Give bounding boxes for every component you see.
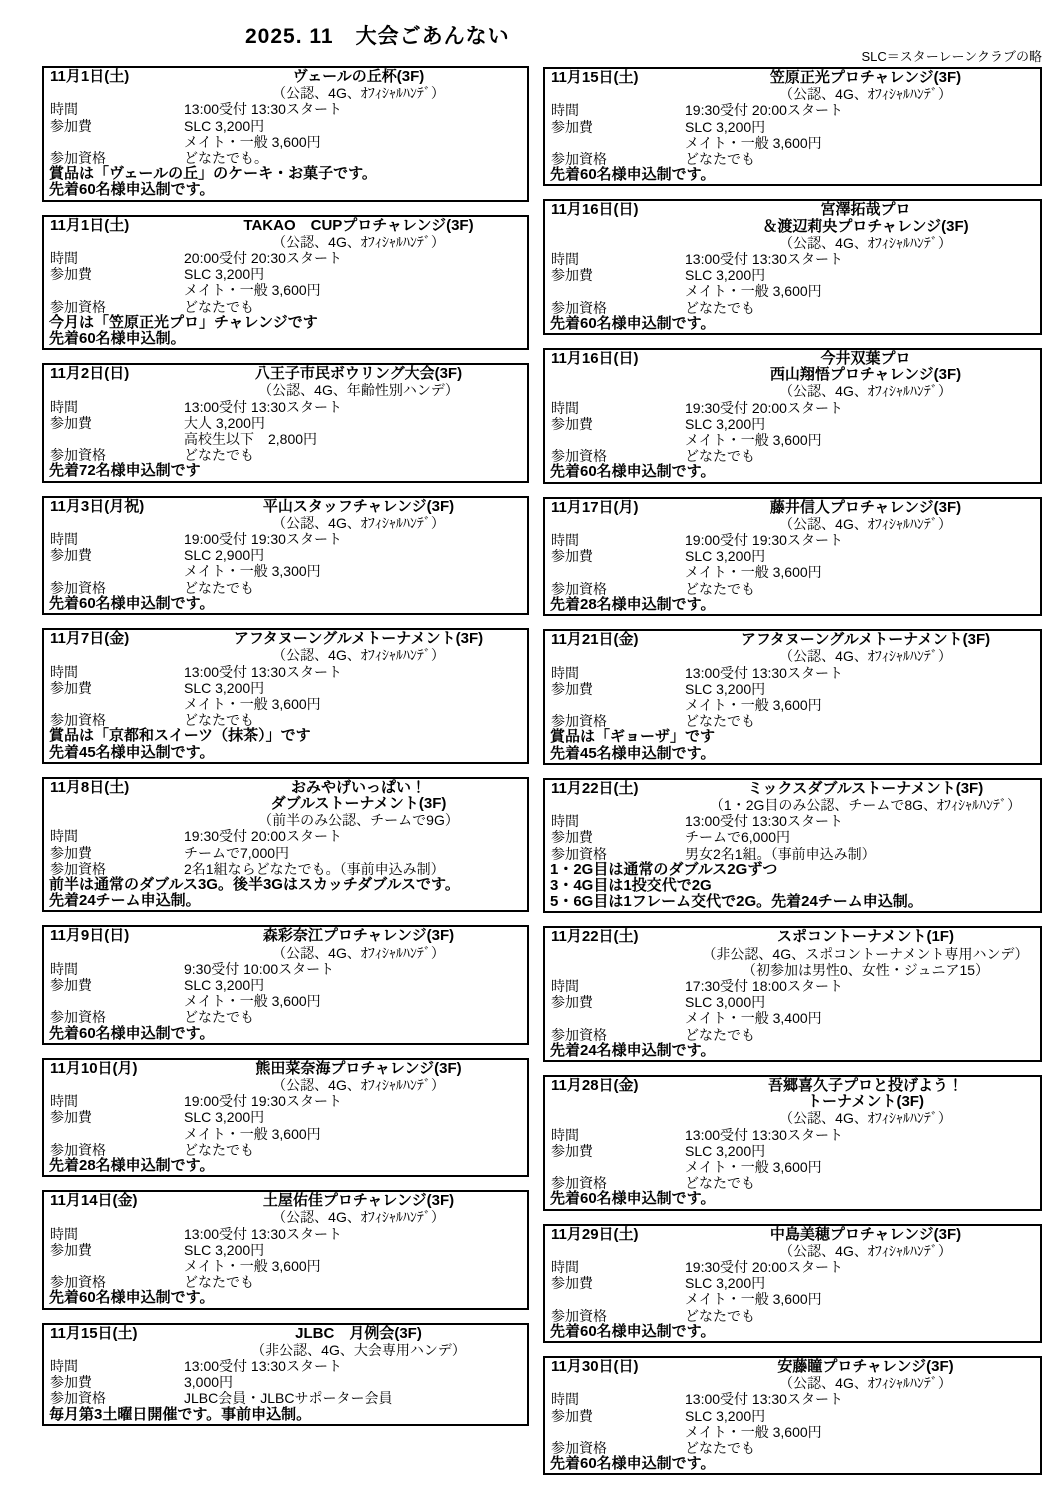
- event-header-row: 11月9日(日) 森彩奈江プロチャレンジ(3F): [44, 928, 527, 944]
- detail-label: 時間: [545, 1127, 685, 1143]
- detail-row: 参加資格どなたでも: [44, 1142, 527, 1158]
- detail-value: どなたでも: [184, 580, 527, 596]
- event-title-line: 笠原正光プロチャレンジ(3F): [691, 70, 1040, 86]
- detail-label: 時間: [44, 1358, 184, 1374]
- event-title: おみやげいっぱい！ダブルストーナメント(3F): [190, 780, 527, 812]
- detail-label: 参加費: [545, 1408, 685, 1424]
- detail-value: SLC 2,900円: [184, 547, 527, 563]
- event-note: 先着60名様申込制です。: [44, 1026, 527, 1042]
- detail-label: 時間: [545, 532, 685, 548]
- detail-value: 13:00受付 13:30スタート: [685, 813, 1040, 829]
- event-details: 時間19:30受付 20:00スタート参加費SLC 3,200円メイト・一般 3…: [545, 400, 1040, 465]
- detail-row: 参加資格どなたでも: [545, 1308, 1040, 1324]
- event-date: 11月7日(金): [44, 631, 190, 647]
- event-conditions: （公認、4G、ｵﾌｨｼｬﾙﾊﾝﾃﾞ）: [691, 383, 1040, 399]
- detail-label: 時間: [44, 531, 184, 547]
- event-header-row: 11月10日(月) 熊田菜奈海プロチャレンジ(3F): [44, 1061, 527, 1077]
- detail-label: [545, 283, 685, 299]
- event-conditions: （公認、4G、ｵﾌｨｼｬﾙﾊﾝﾃﾞ）: [691, 516, 1040, 532]
- event-condition-line: （前半のみ公認、チームで9G）: [190, 812, 527, 828]
- detail-value: JLBC会員・JLBCサポーター会員: [184, 1390, 527, 1406]
- event-title: 熊田菜奈海プロチャレンジ(3F): [190, 1061, 527, 1077]
- event-title: スポコントーナメント(1F): [691, 929, 1040, 945]
- event-note: 先着72名様申込制です: [44, 463, 527, 479]
- event-condition-line: （公認、4G、年齢性別ハンデ）: [190, 382, 527, 398]
- event-condition-line: （公認、4G、ｵﾌｨｼｬﾙﾊﾝﾃﾞ）: [190, 1209, 527, 1225]
- event-note: 先着60名様申込制です。: [545, 1456, 1040, 1472]
- detail-label: 参加資格: [44, 1142, 184, 1158]
- event-conditions: （公認、4G、ｵﾌｨｼｬﾙﾊﾝﾃﾞ）: [190, 647, 527, 663]
- event-title-line: 今井双葉プロ: [691, 351, 1040, 367]
- detail-label: [545, 432, 685, 448]
- event-notes: 先着60名様申込制です。: [44, 1290, 527, 1306]
- event-date: 11月16日(日): [545, 351, 691, 367]
- event-header-row: 11月3日(月祝) 平山スタッフチャレンジ(3F): [44, 499, 527, 515]
- event-title: アフタヌーングルメトーナメント(3F): [691, 632, 1040, 648]
- event-note: 先着60名様申込制。: [44, 331, 527, 347]
- event-note: 賞品は「京都和スイーツ（抹茶）」です: [44, 728, 527, 744]
- detail-label: 参加費: [44, 845, 184, 861]
- event-details: 時間19:00受付 19:30スタート参加費SLC 3,200円メイト・一般 3…: [545, 532, 1040, 597]
- event-conditions: （公認、4G、ｵﾌｨｼｬﾙﾊﾝﾃﾞ）: [691, 1110, 1040, 1126]
- detail-row: 参加費SLC 3,200円: [545, 267, 1040, 283]
- detail-row: 時間13:00受付 13:30スタート: [44, 664, 527, 680]
- detail-row: 時間13:00受付 13:30スタート: [44, 1226, 527, 1242]
- detail-value: 19:30受付 20:00スタート: [685, 102, 1040, 118]
- event-notes: 先着60名様申込制です。: [44, 1026, 527, 1042]
- event-date: 11月28日(金): [545, 1078, 691, 1094]
- event-note: 賞品は「ヴェールの丘」のケーキ・お菓子です。: [44, 166, 527, 182]
- detail-value: どなたでも: [184, 1274, 527, 1290]
- event-date: 11月2日(日): [44, 366, 190, 382]
- event-details: 時間19:30受付 20:00スタート参加費SLC 3,200円メイト・一般 3…: [545, 102, 1040, 167]
- event-date: 11月9日(日): [44, 928, 190, 944]
- detail-label: 時間: [545, 1391, 685, 1407]
- event-notes: 先着28名様申込制です。: [44, 1158, 527, 1174]
- detail-value: 19:00受付 19:30スタート: [184, 531, 527, 547]
- event-note: 賞品は「ギョーザ」です: [545, 729, 1040, 745]
- detail-label: 時間: [44, 828, 184, 844]
- event-conditions: （公認、4G、ｵﾌｨｼｬﾙﾊﾝﾃﾞ）: [691, 235, 1040, 251]
- detail-label: 参加費: [545, 119, 685, 135]
- event-note: 先着24チーム申込制。: [44, 893, 527, 909]
- detail-row: 参加費SLC 3,200円: [545, 1275, 1040, 1291]
- detail-row: 時間13:00受付 13:30スタート: [44, 101, 527, 117]
- event-details: 時間13:00受付 13:30スタート参加費大人 3,200円高校生以下 2,8…: [44, 399, 527, 464]
- detail-label: 参加費: [44, 680, 184, 696]
- detail-label: [545, 564, 685, 580]
- detail-row: 参加費SLC 3,200円: [44, 680, 527, 696]
- event-note: 先着60名様申込制です。: [44, 182, 527, 198]
- event-title-line: JLBC 月例会(3F): [190, 1326, 527, 1342]
- event-note: 先着28名様申込制です。: [44, 1158, 527, 1174]
- detail-value: メイト・一般 3,600円: [685, 564, 1040, 580]
- detail-row: 参加資格どなたでも。: [44, 150, 527, 166]
- detail-label: [44, 563, 184, 579]
- detail-value: どなたでも: [685, 1175, 1040, 1191]
- event-header-row: 11月14日(金) 土屋佑佳プロチャレンジ(3F): [44, 1193, 527, 1209]
- event-date: 11月22日(土): [545, 781, 691, 797]
- detail-value: どなたでも: [184, 1142, 527, 1158]
- detail-label: [44, 993, 184, 1009]
- detail-value: メイト・一般 3,600円: [685, 1291, 1040, 1307]
- detail-value: メイト・一般 3,600円: [685, 1159, 1040, 1175]
- detail-value: 19:00受付 19:30スタート: [685, 532, 1040, 548]
- detail-label: [545, 1424, 685, 1440]
- event-header-row: 11月8日(土) おみやげいっぱい！ダブルストーナメント(3F): [44, 780, 527, 812]
- event-box: 11月7日(金) アフタヌーングルメトーナメント(3F) （公認、4G、ｵﾌｨｼ…: [42, 628, 529, 764]
- event-header-row: 11月22日(土) スポコントーナメント(1F): [545, 929, 1040, 945]
- event-title-line: 西山翔悟プロチャレンジ(3F): [691, 367, 1040, 383]
- event-box: 11月8日(土) おみやげいっぱい！ダブルストーナメント(3F) （前半のみ公認…: [42, 777, 529, 913]
- detail-value: SLC 3,200円: [685, 1408, 1040, 1424]
- detail-row: 時間19:00受付 19:30スタート: [44, 1093, 527, 1109]
- detail-row: メイト・一般 3,600円: [545, 432, 1040, 448]
- detail-row: 時間13:00受付 13:30スタート: [44, 1358, 527, 1374]
- event-box: 11月22日(土) ミックスダブルストーナメント(3F) （1・2G目のみ公認、…: [543, 778, 1042, 914]
- event-notes: 先着28名様申込制です。: [545, 597, 1040, 613]
- detail-row: メイト・一般 3,600円: [44, 993, 527, 1009]
- detail-value: どなたでも: [685, 1308, 1040, 1324]
- event-title-line: TAKAO CUPプロチャレンジ(3F): [190, 218, 527, 234]
- detail-row: 参加資格どなたでも: [44, 1274, 527, 1290]
- event-conditions: （前半のみ公認、チームで9G）: [190, 812, 527, 828]
- detail-row: 時間13:00受付 13:30スタート: [44, 399, 527, 415]
- detail-label: 時間: [545, 102, 685, 118]
- event-title-line: 吾郷喜久子プロと投げよう！: [691, 1078, 1040, 1094]
- event-title-line: 土屋佑佳プロチャレンジ(3F): [190, 1193, 527, 1209]
- detail-label: 時間: [545, 978, 685, 994]
- event-condition-line: （非公認、4G、スポコントーナメント専用ハンデ）: [691, 946, 1040, 962]
- event-title: TAKAO CUPプロチャレンジ(3F): [190, 218, 527, 234]
- event-notes: 先着60名様申込制です。: [545, 1324, 1040, 1340]
- detail-row: 時間13:00受付 13:30スタート: [545, 665, 1040, 681]
- detail-row: メイト・一般 3,600円: [545, 135, 1040, 151]
- event-notes: 先着60名様申込制です。: [545, 1456, 1040, 1472]
- event-notes: 賞品は「京都和スイーツ（抹茶）」です先着45名様申込制です。: [44, 728, 527, 760]
- detail-value: どなたでも: [184, 712, 527, 728]
- detail-row: メイト・一般 3,600円: [545, 1424, 1040, 1440]
- event-header-row: 11月15日(土) 笠原正光プロチャレンジ(3F): [545, 70, 1040, 86]
- detail-value: SLC 3,000円: [685, 994, 1040, 1010]
- event-box: 11月22日(土) スポコントーナメント(1F) （非公認、4G、スポコントーナ…: [543, 926, 1042, 1062]
- detail-value: メイト・一般 3,600円: [184, 1258, 527, 1274]
- event-box: 11月30日(日) 安藤瞳プロチャレンジ(3F) （公認、4G、ｵﾌｨｼｬﾙﾊﾝ…: [543, 1356, 1042, 1475]
- detail-value: メイト・一般 3,600円: [685, 1424, 1040, 1440]
- event-note: 今月は「笠原正光プロ」チャレンジです: [44, 315, 527, 331]
- page-title: 2025. 11 大会ごあんない: [245, 20, 510, 50]
- event-box: 11月1日(土) TAKAO CUPプロチャレンジ(3F) （公認、4G、ｵﾌｨ…: [42, 215, 529, 351]
- detail-value: メイト・一般 3,600円: [184, 696, 527, 712]
- detail-label: 参加費: [44, 118, 184, 134]
- detail-value: どなたでも: [685, 151, 1040, 167]
- detail-row: メイト・一般 3,600円: [44, 282, 527, 298]
- detail-value: SLC 3,200円: [184, 977, 527, 993]
- detail-row: 時間19:00受付 19:30スタート: [44, 531, 527, 547]
- detail-row: 参加資格どなたでも: [545, 1175, 1040, 1191]
- event-header-row: 11月1日(土) TAKAO CUPプロチャレンジ(3F): [44, 218, 527, 234]
- detail-value: SLC 3,200円: [685, 681, 1040, 697]
- event-condition-line: （公認、4G、ｵﾌｨｼｬﾙﾊﾝﾃﾞ）: [190, 945, 527, 961]
- event-note: 先着60名様申込制です。: [545, 1324, 1040, 1340]
- event-notes: 毎月第3土曜日開催です。事前申込制。: [44, 1407, 527, 1423]
- detail-value: SLC 3,200円: [184, 266, 527, 282]
- event-condition-line: （公認、4G、ｵﾌｨｼｬﾙﾊﾝﾃﾞ）: [691, 516, 1040, 532]
- detail-label: 参加資格: [545, 1440, 685, 1456]
- detail-value: SLC 3,200円: [685, 416, 1040, 432]
- detail-label: 参加資格: [44, 861, 184, 877]
- detail-label: 時間: [545, 813, 685, 829]
- detail-label: 参加費: [44, 415, 184, 431]
- event-title: ミックスダブルストーナメント(3F): [691, 781, 1040, 797]
- detail-row: 参加費チームで7,000円: [44, 845, 527, 861]
- event-title-line: トーナメント(3F): [691, 1094, 1040, 1110]
- event-title-line: ミックスダブルストーナメント(3F): [691, 781, 1040, 797]
- detail-value: SLC 3,200円: [685, 548, 1040, 564]
- detail-value: どなたでも: [685, 713, 1040, 729]
- detail-row: メイト・一般 3,400円: [545, 1010, 1040, 1026]
- event-condition-line: （公認、4G、ｵﾌｨｼｬﾙﾊﾝﾃﾞ）: [691, 235, 1040, 251]
- detail-row: 参加資格男女2名1組。（事前申込み制）: [545, 846, 1040, 862]
- event-title-line: ヴェールの丘杯(3F): [190, 69, 527, 85]
- detail-value: メイト・一般 3,600円: [184, 1126, 527, 1142]
- detail-label: 時間: [545, 251, 685, 267]
- event-title: 藤井信人プロチャレンジ(3F): [691, 500, 1040, 516]
- detail-value: 男女2名1組。（事前申込み制）: [685, 846, 1040, 862]
- detail-label: 参加費: [44, 1109, 184, 1125]
- event-box: 11月2日(日) 八王子市民ボウリング大会(3F) （公認、4G、年齢性別ハンデ…: [42, 363, 529, 482]
- detail-label: [44, 696, 184, 712]
- slc-abbreviation-note: SLC＝スターレーンクラブの略: [543, 46, 1042, 65]
- detail-label: 参加費: [545, 1275, 685, 1291]
- detail-label: 時間: [44, 1226, 184, 1242]
- event-details: 時間20:00受付 20:30スタート参加費SLC 3,200円メイト・一般 3…: [44, 250, 527, 315]
- detail-label: 参加費: [545, 416, 685, 432]
- event-title: 吾郷喜久子プロと投げよう！トーナメント(3F): [691, 1078, 1040, 1110]
- detail-label: 参加資格: [545, 846, 685, 862]
- detail-label: 時間: [44, 399, 184, 415]
- detail-row: 参加費SLC 3,200円: [545, 1143, 1040, 1159]
- detail-row: メイト・一般 3,300円: [44, 563, 527, 579]
- event-title-line: おみやげいっぱい！: [190, 780, 527, 796]
- detail-row: 時間19:30受付 20:00スタート: [545, 102, 1040, 118]
- detail-value: 3,000円: [184, 1374, 527, 1390]
- event-title-line: スポコントーナメント(1F): [691, 929, 1040, 945]
- detail-value: どなたでも: [685, 581, 1040, 597]
- event-note: 先着60名様申込制です。: [545, 464, 1040, 480]
- detail-label: 参加資格: [44, 712, 184, 728]
- detail-label: 参加費: [44, 1242, 184, 1258]
- event-note: 先着45名様申込制です。: [545, 746, 1040, 762]
- detail-row: 時間19:00受付 19:30スタート: [545, 532, 1040, 548]
- detail-row: 時間9:30受付 10:00スタート: [44, 961, 527, 977]
- schedule-column-left: 11月1日(土) ヴェールの丘杯(3F) （公認、4G、ｵﾌｨｼｬﾙﾊﾝﾃﾞ） …: [42, 66, 529, 1439]
- detail-label: 参加資格: [44, 299, 184, 315]
- event-conditions: （公認、4G、ｵﾌｨｼｬﾙﾊﾝﾃﾞ）: [190, 515, 527, 531]
- detail-label: 参加費: [545, 681, 685, 697]
- event-header-row: 11月28日(金) 吾郷喜久子プロと投げよう！トーナメント(3F): [545, 1078, 1040, 1110]
- event-conditions: （公認、4G、ｵﾌｨｼｬﾙﾊﾝﾃﾞ）: [190, 1209, 527, 1225]
- detail-row: 参加資格どなたでも: [44, 1009, 527, 1025]
- detail-row: 参加費大人 3,200円: [44, 415, 527, 431]
- detail-row: 時間20:00受付 20:30スタート: [44, 250, 527, 266]
- event-note: 毎月第3土曜日開催です。事前申込制。: [44, 1407, 527, 1423]
- event-title: JLBC 月例会(3F): [190, 1326, 527, 1342]
- event-condition-line: （非公認、4G、大会専用ハンデ）: [190, 1342, 527, 1358]
- detail-label: 時間: [545, 1259, 685, 1275]
- detail-row: メイト・一般 3,600円: [44, 1258, 527, 1274]
- event-condition-line: （公認、4G、ｵﾌｨｼｬﾙﾊﾝﾃﾞ）: [190, 515, 527, 531]
- detail-label: 参加資格: [545, 151, 685, 167]
- event-conditions: （公認、4G、ｵﾌｨｼｬﾙﾊﾝﾃﾞ）: [190, 234, 527, 250]
- detail-value: 17:30受付 18:00スタート: [685, 978, 1040, 994]
- detail-label: [44, 1258, 184, 1274]
- event-header-row: 11月15日(土) JLBC 月例会(3F): [44, 1326, 527, 1342]
- detail-row: 参加費SLC 3,000円: [545, 994, 1040, 1010]
- event-box: 11月17日(月) 藤井信人プロチャレンジ(3F) （公認、4G、ｵﾌｨｼｬﾙﾊ…: [543, 497, 1042, 616]
- detail-label: 参加資格: [545, 1308, 685, 1324]
- detail-row: 時間19:30受付 20:00スタート: [545, 400, 1040, 416]
- event-box: 11月15日(土) 笠原正光プロチャレンジ(3F) （公認、4G、ｵﾌｨｼｬﾙﾊ…: [543, 67, 1042, 186]
- detail-label: [545, 1291, 685, 1307]
- detail-value: 13:00受付 13:30スタート: [685, 1127, 1040, 1143]
- detail-label: 参加費: [44, 266, 184, 282]
- detail-value: どなたでも: [685, 1440, 1040, 1456]
- event-conditions: （公認、4G、ｵﾌｨｼｬﾙﾊﾝﾃﾞ）: [691, 86, 1040, 102]
- detail-row: 参加費チームで6,000円: [545, 829, 1040, 845]
- event-box: 11月16日(日) 今井双葉プロ西山翔悟プロチャレンジ(3F) （公認、4G、ｵ…: [543, 348, 1042, 484]
- detail-value: どなたでも: [685, 300, 1040, 316]
- event-title-line: 藤井信人プロチャレンジ(3F): [691, 500, 1040, 516]
- event-notes: 1・2G目は通常のダブルス2Gずつ3・4G目は1投交代で2G5・6G目は1フレー…: [545, 862, 1040, 911]
- event-header-row: 11月7日(金) アフタヌーングルメトーナメント(3F): [44, 631, 527, 647]
- event-note: 3・4G目は1投交代で2G: [545, 878, 1040, 894]
- event-details: 時間19:00受付 19:30スタート参加費SLC 3,200円メイト・一般 3…: [44, 1093, 527, 1158]
- detail-row: 時間13:00受付 13:30スタート: [545, 251, 1040, 267]
- detail-row: メイト・一般 3,600円: [545, 564, 1040, 580]
- event-details: 時間13:00受付 13:30スタート参加費チームで6,000円参加資格男女2名…: [545, 813, 1040, 862]
- detail-label: 参加費: [545, 994, 685, 1010]
- event-notes: 先着60名様申込制です。: [545, 316, 1040, 332]
- detail-label: 参加資格: [44, 150, 184, 166]
- detail-label: 参加資格: [44, 1009, 184, 1025]
- detail-row: 時間13:00受付 13:30スタート: [545, 1127, 1040, 1143]
- event-note: 5・6G目は1フレーム交代で2G。先着24チーム申込制。: [545, 894, 1040, 910]
- event-condition-line: （公認、4G、ｵﾌｨｼｬﾙﾊﾝﾃﾞ）: [691, 383, 1040, 399]
- event-condition-line: （公認、4G、ｵﾌｨｼｬﾙﾊﾝﾃﾞ）: [190, 85, 527, 101]
- detail-row: 時間17:30受付 18:00スタート: [545, 978, 1040, 994]
- detail-row: 参加費3,000円: [44, 1374, 527, 1390]
- detail-value: SLC 3,200円: [685, 267, 1040, 283]
- detail-label: [545, 135, 685, 151]
- detail-value: メイト・一般 3,600円: [685, 697, 1040, 713]
- detail-row: 参加資格どなたでも: [545, 151, 1040, 167]
- detail-value: SLC 3,200円: [685, 119, 1040, 135]
- detail-row: メイト・一般 3,600円: [44, 696, 527, 712]
- detail-value: SLC 3,200円: [184, 680, 527, 696]
- event-date: 11月1日(土): [44, 218, 190, 234]
- event-title: 宮澤拓哉プロ＆渡辺莉央プロチャレンジ(3F): [691, 202, 1040, 234]
- detail-value: どなたでも。: [184, 150, 527, 166]
- detail-value: 13:00受付 13:30スタート: [685, 251, 1040, 267]
- event-header-row: 11月16日(日) 宮澤拓哉プロ＆渡辺莉央プロチャレンジ(3F): [545, 202, 1040, 234]
- event-title-line: ダブルストーナメント(3F): [190, 796, 527, 812]
- event-box: 11月3日(月祝) 平山スタッフチャレンジ(3F) （公認、4G、ｵﾌｨｼｬﾙﾊ…: [42, 496, 529, 615]
- event-header-row: 11月17日(月) 藤井信人プロチャレンジ(3F): [545, 500, 1040, 516]
- detail-value: 20:00受付 20:30スタート: [184, 250, 527, 266]
- detail-value: チームで6,000円: [685, 829, 1040, 845]
- detail-label: 参加資格: [545, 300, 685, 316]
- detail-row: メイト・一般 3,600円: [44, 134, 527, 150]
- event-title-line: 森彩奈江プロチャレンジ(3F): [190, 928, 527, 944]
- event-notes: 賞品は「ギョーザ」です先着45名様申込制です。: [545, 729, 1040, 761]
- event-title: 笠原正光プロチャレンジ(3F): [691, 70, 1040, 86]
- detail-row: メイト・一般 3,600円: [545, 283, 1040, 299]
- detail-row: 参加資格JLBC会員・JLBCサポーター会員: [44, 1390, 527, 1406]
- event-header-row: 11月22日(土) ミックスダブルストーナメント(3F): [545, 781, 1040, 797]
- event-condition-line: （公認、4G、ｵﾌｨｼｬﾙﾊﾝﾃﾞ）: [190, 647, 527, 663]
- detail-row: メイト・一般 3,600円: [545, 1159, 1040, 1175]
- detail-label: 参加資格: [44, 580, 184, 596]
- detail-row: 高校生以下 2,800円: [44, 431, 527, 447]
- event-date: 11月1日(土): [44, 69, 190, 85]
- event-title-line: 宮澤拓哉プロ: [691, 202, 1040, 218]
- detail-label: 時間: [44, 664, 184, 680]
- event-title: 安藤瞳プロチャレンジ(3F): [691, 1359, 1040, 1375]
- detail-value: SLC 3,200円: [184, 1109, 527, 1125]
- detail-value: 2名1組ならどなたでも。（事前申込み制）: [184, 861, 527, 877]
- event-date: 11月15日(土): [545, 70, 691, 86]
- detail-row: 参加資格どなたでも: [545, 581, 1040, 597]
- event-conditions: （非公認、4G、スポコントーナメント専用ハンデ）（初参加は男性0、女性・ジュニア…: [691, 946, 1040, 978]
- event-title-line: ＆渡辺莉央プロチャレンジ(3F): [691, 219, 1040, 235]
- detail-label: 参加資格: [545, 581, 685, 597]
- detail-value: メイト・一般 3,600円: [184, 282, 527, 298]
- event-date: 11月30日(日): [545, 1359, 691, 1375]
- event-title-line: 熊田菜奈海プロチャレンジ(3F): [190, 1061, 527, 1077]
- detail-value: メイト・一般 3,600円: [685, 432, 1040, 448]
- detail-value: メイト・一般 3,600円: [685, 135, 1040, 151]
- event-box: 11月9日(日) 森彩奈江プロチャレンジ(3F) （公認、4G、ｵﾌｨｼｬﾙﾊﾝ…: [42, 925, 529, 1044]
- event-conditions: （公認、4G、ｵﾌｨｼｬﾙﾊﾝﾃﾞ）: [691, 1243, 1040, 1259]
- event-details: 時間19:00受付 19:30スタート参加費SLC 2,900円メイト・一般 3…: [44, 531, 527, 596]
- event-note: 先着60名様申込制です。: [545, 316, 1040, 332]
- detail-row: 参加費SLC 3,200円: [545, 119, 1040, 135]
- event-details: 時間13:00受付 13:30スタート参加費SLC 3,200円メイト・一般 3…: [545, 251, 1040, 316]
- event-condition-line: （1・2G目のみ公認、チームで8G、ｵﾌｨｼｬﾙﾊﾝﾃﾞ）: [691, 797, 1040, 813]
- detail-label: [44, 134, 184, 150]
- event-conditions: （公認、4G、ｵﾌｨｼｬﾙﾊﾝﾃﾞ）: [190, 945, 527, 961]
- detail-value: SLC 3,200円: [685, 1275, 1040, 1291]
- event-header-row: 11月1日(土) ヴェールの丘杯(3F): [44, 69, 527, 85]
- detail-row: 参加費SLC 3,200円: [545, 681, 1040, 697]
- detail-value: 19:00受付 19:30スタート: [184, 1093, 527, 1109]
- detail-label: [44, 1126, 184, 1142]
- detail-value: 19:30受付 20:00スタート: [685, 1259, 1040, 1275]
- detail-label: 参加費: [545, 1143, 685, 1159]
- event-conditions: （非公認、4G、大会専用ハンデ）: [190, 1342, 527, 1358]
- event-title-line: 安藤瞳プロチャレンジ(3F): [691, 1359, 1040, 1375]
- event-conditions: （公認、4G、ｵﾌｨｼｬﾙﾊﾝﾃﾞ）: [691, 1375, 1040, 1391]
- event-condition-line: （公認、4G、ｵﾌｨｼｬﾙﾊﾝﾃﾞ）: [691, 1375, 1040, 1391]
- detail-label: 参加費: [545, 267, 685, 283]
- event-date: 11月15日(土): [44, 1326, 190, 1342]
- event-box: 11月15日(土) JLBC 月例会(3F) （非公認、4G、大会専用ハンデ） …: [42, 1323, 529, 1426]
- detail-row: 参加資格どなたでも: [44, 712, 527, 728]
- event-date: 11月16日(日): [545, 202, 691, 218]
- event-details: 時間13:00受付 13:30スタート参加費SLC 3,200円メイト・一般 3…: [545, 665, 1040, 730]
- event-date: 11月10日(月): [44, 1061, 190, 1077]
